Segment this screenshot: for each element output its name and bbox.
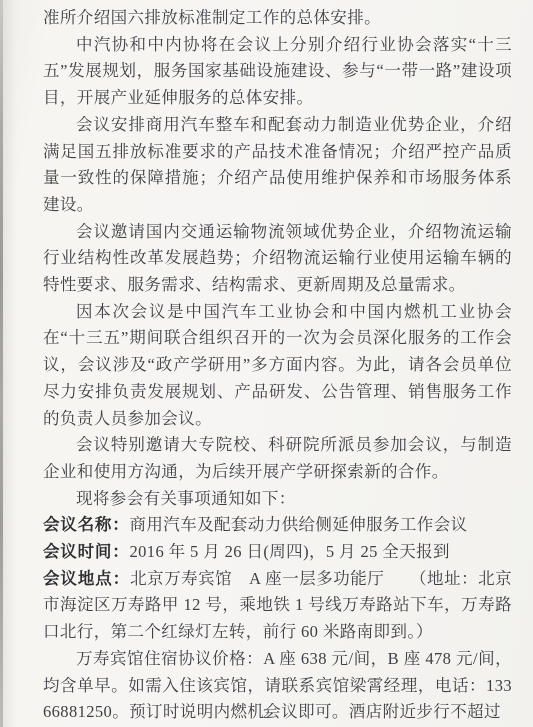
paragraph-notice-intro: 现将参会有关事项通知如下： [43, 486, 512, 513]
scanned-document-page: 准所介绍国六排放标准制定工作的总体安排。 中汽协和中内协将在会议上分别介绍行业协… [0, 0, 533, 727]
page-footer: 2 [0, 706, 533, 724]
document-body: 准所介绍国六排放标准制定工作的总体安排。 中汽协和中内协将在会议上分别介绍行业协… [43, 5, 512, 726]
page-number: 2 [263, 707, 270, 722]
scan-shadow-gradient [3, 0, 17, 727]
field-label-meeting-name: 会议名称： [43, 516, 130, 534]
paragraph: 因本次会议是中国汽车工业协会和中国内燃机工业协会在“十三五”期间联合组织召开的一… [43, 299, 512, 433]
field-row-meeting-location: 会议地点：北京万寿宾馆 A 座一层多功能厅 （地址：北京市海淀区万寿路甲 12 … [43, 566, 512, 646]
paragraph-continuation: 准所介绍国六排放标准制定工作的总体安排。 [43, 5, 512, 32]
paragraph: 中汽协和中内协将在会议上分别介绍行业协会落实“十三五”发展规划，服务国家基础设施… [43, 32, 512, 112]
field-value-meeting-time: 2016 年 5 月 26 日(周四)，5 月 25 全天报到 [130, 542, 450, 561]
paragraph: 会议安排商用汽车整车和配套动力制造业优势企业，介绍满足国五排放标准要求的产品技术… [43, 112, 512, 219]
field-label-meeting-time: 会议时间： [43, 543, 130, 561]
paragraph: 会议邀请国内交通运输物流领域优势企业，介绍物流运输行业结构性改革发展趋势；介绍物… [43, 219, 512, 299]
field-row-meeting-time: 会议时间：2016 年 5 月 26 日(周四)，5 月 25 全天报到 [43, 539, 512, 566]
paragraph: 会议特别邀请大专院校、科研院所派员参加会议，与制造企业和使用方沟通，为后续开展产… [43, 432, 512, 485]
field-value-meeting-name: 商用汽车及配套动力供给侧延伸服务工作会议 [130, 515, 468, 534]
field-row-meeting-name: 会议名称：商用汽车及配套动力供给侧延伸服务工作会议 [43, 512, 512, 539]
field-label-meeting-location: 会议地点： [43, 570, 130, 588]
